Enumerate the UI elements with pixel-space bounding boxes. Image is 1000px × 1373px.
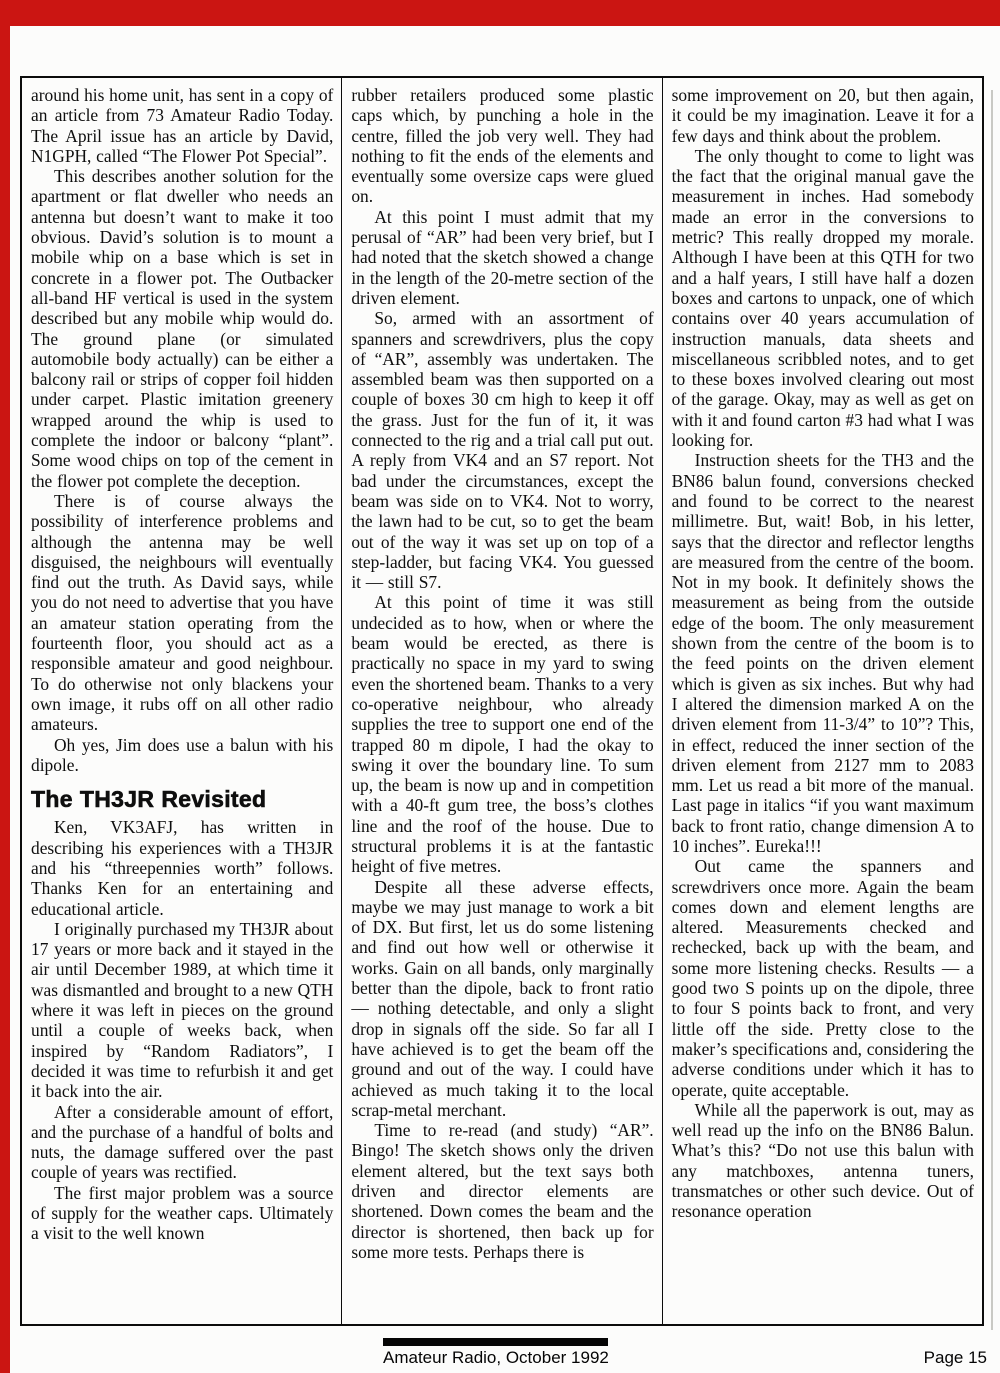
- paragraph: some improvement on 20, but then again, …: [672, 85, 974, 146]
- magazine-page: around his home unit, has sent in a copy…: [0, 0, 1000, 1373]
- paragraph: At this point I must admit that my perus…: [351, 207, 653, 308]
- section-heading: The TH3JR Revisited: [31, 789, 333, 809]
- article-column-2: rubber retailers produced some plastic c…: [341, 78, 661, 1324]
- paragraph: Ken, VK3AFJ, has written in describing h…: [31, 817, 333, 918]
- paragraph: So, armed with an assortment of spanners…: [351, 308, 653, 592]
- article-content-box: around his home unit, has sent in a copy…: [20, 76, 984, 1326]
- paragraph: Time to re-read (and study) “AR”. Bingo!…: [351, 1120, 653, 1262]
- paragraph: I originally purchased my TH3JR about 17…: [31, 919, 333, 1102]
- paragraph: After a considerable amount of effort, a…: [31, 1102, 333, 1183]
- paragraph: There is of course always the possibilit…: [31, 491, 333, 735]
- paragraph: around his home unit, has sent in a copy…: [31, 85, 333, 166]
- paragraph: Oh yes, Jim does use a balun with his di…: [31, 735, 333, 776]
- paragraph: The first major problem was a source of …: [31, 1183, 333, 1244]
- page-edge-left-bar: [0, 0, 10, 1373]
- page-edge-top-bar: [0, 0, 1000, 26]
- paragraph: At this point of time it was still undec…: [351, 592, 653, 876]
- footer-journal-title: Amateur Radio, October 1992: [383, 1348, 609, 1368]
- paragraph: While all the paperwork is out, may as w…: [672, 1100, 974, 1222]
- paragraph: Out came the spanners and screwdrivers o…: [672, 856, 974, 1100]
- paragraph: Despite all these adverse effects, maybe…: [351, 877, 653, 1121]
- footer-rule: [383, 1338, 608, 1346]
- paragraph: rubber retailers produced some plastic c…: [351, 85, 653, 207]
- page-scan-edge: [991, 90, 993, 1330]
- paragraph: The only thought to come to light was th…: [672, 146, 974, 450]
- footer-page-number: Page 15: [924, 1348, 987, 1368]
- article-column-3: some improvement on 20, but then again, …: [662, 78, 982, 1324]
- paragraph: This describes another solution for the …: [31, 166, 333, 491]
- article-column-1: around his home unit, has sent in a copy…: [22, 78, 341, 1324]
- paragraph: Instruction sheets for the TH3 and the B…: [672, 450, 974, 856]
